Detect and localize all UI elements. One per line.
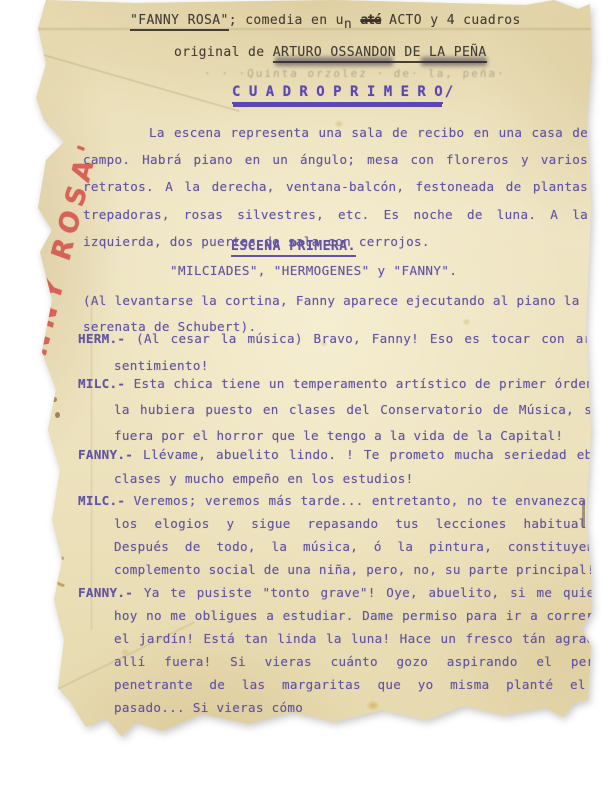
ink-spot [43,386,49,392]
play-title-line: "FANNY ROSA"; comedia en un até ACTO y 4… [130,13,521,32]
speaker-label: MILC.- [78,493,125,508]
speaker-label: FANNY.- [78,447,133,462]
struck-out-word: até [360,13,380,28]
speaker-label: MILC.- [78,376,125,391]
red-mark [34,342,40,351]
ink-spot [55,412,60,418]
byline-prefix: original de [174,45,273,60]
dialogue-milc-1: MILC.- Esta chica tiene un temperamento … [78,371,609,449]
dialogue-text: Veremos; veremos más tarde... entretanto… [114,493,609,577]
stray-slash-mark: / [445,84,453,100]
title-subtitle: ; comedia en u [229,13,344,28]
cuadro-heading: C U A D R O P R I M E R O/ [232,84,453,100]
title-rest: ACTO y 4 cuadros [381,13,521,28]
play-title: "FANNY ROSA" [130,13,229,31]
byline: original de ARTURO OSSANDON DE LA PEÑA [174,45,487,60]
stage-direction: La escena representa una sala de recibo … [83,119,588,255]
characters-line: "MILCIADES", "HERMOGENES" y "FANNY". [170,263,457,278]
dialogue-milc-2: MILC.- Veremos; veremos más tarde... ent… [78,489,609,581]
author-name: ARTURO OSSANDON DE LA PEÑA [273,45,487,63]
dialogue-text: Ya te pusiste "tonto grave"! Oye, abueli… [114,585,609,715]
manuscript-page: 'FANNY ROSA' "FANNY ROSA"; comedia en un… [34,0,592,740]
dialogue-fanny-2: FANNY.- Ya te pusiste "tonto grave"! Oye… [78,581,609,719]
dropped-letter: n [344,17,352,32]
scene-heading: ESCENA PRIMERA. [231,239,356,254]
dialogue-text: Esta chica tiene un temperamento artísti… [114,376,609,443]
dialogue-text: Llévame, abuelito lindo. ! Te prometo mu… [114,447,609,486]
faint-rubber-stamp: · · ·Quinta orzolez · de· la, peña· [204,67,506,80]
dialogue-text: (Al cesar la música) Bravo, Fanny! Eso e… [114,331,609,373]
document-scan: 'FANNY ROSA' "FANNY ROSA"; comedia en un… [0,0,609,800]
ink-spot [52,397,57,402]
dialogue-fanny-1: FANNY.- Llévame, abuelito lindo. ! Te pr… [78,443,609,491]
paper-shadow: 'FANNY ROSA' "FANNY ROSA"; comedia en un… [0,0,609,800]
speaker-label: HERM.- [78,331,125,346]
speaker-label: FANNY.- [78,585,133,600]
